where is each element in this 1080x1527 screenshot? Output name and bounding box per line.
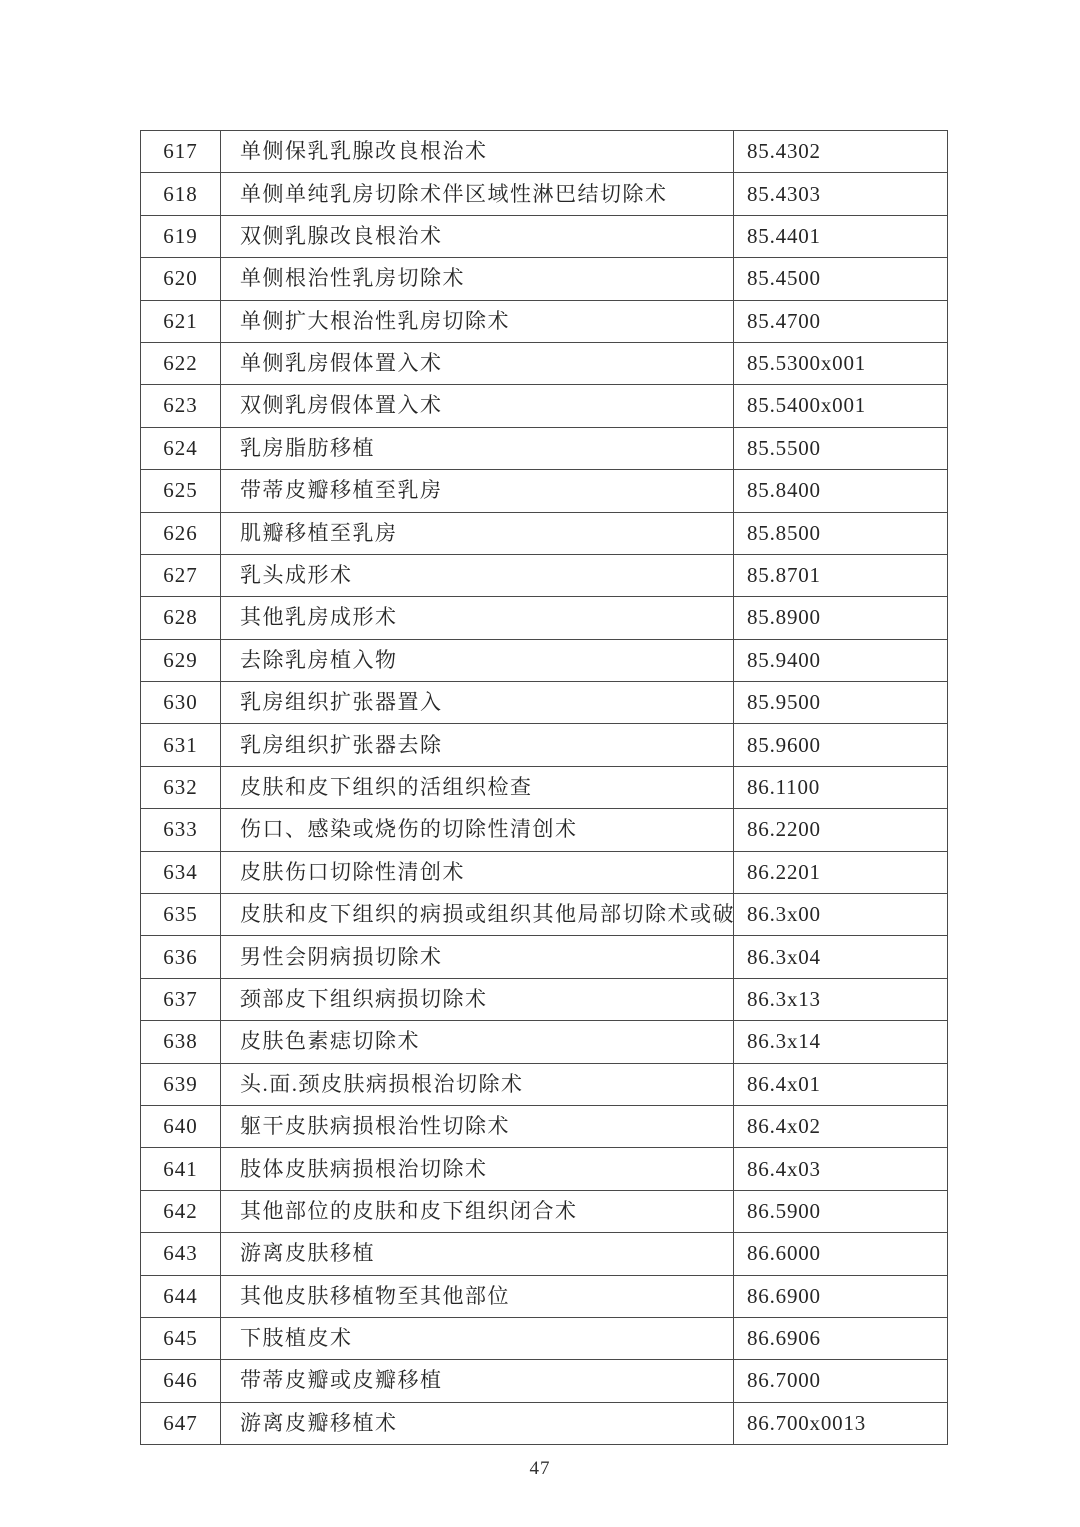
procedure-code-cell: 86.3x00 bbox=[734, 894, 948, 936]
procedure-name-cell: 单侧单纯乳房切除术伴区域性淋巴结切除术 bbox=[221, 173, 734, 215]
procedure-code-cell: 85.9500 bbox=[734, 682, 948, 724]
procedure-name-cell: 男性会阴病损切除术 bbox=[221, 936, 734, 978]
table-row: 635 皮肤和皮下组织的病损或组织其他局部切除术或破坏术 86.3x00 bbox=[141, 894, 948, 936]
procedure-code-cell: 85.4303 bbox=[734, 173, 948, 215]
procedure-code-table: 617 单侧保乳乳腺改良根治术 85.4302 618 单侧单纯乳房切除术伴区域… bbox=[140, 130, 948, 1445]
row-number-cell: 637 bbox=[141, 978, 221, 1020]
procedure-name-cell: 带蒂皮瓣移植至乳房 bbox=[221, 470, 734, 512]
row-number-cell: 623 bbox=[141, 385, 221, 427]
procedure-name-cell: 其他乳房成形术 bbox=[221, 597, 734, 639]
procedure-code-cell: 85.4700 bbox=[734, 300, 948, 342]
row-number-cell: 624 bbox=[141, 427, 221, 469]
procedure-name-cell: 其他部位的皮肤和皮下组织闭合术 bbox=[221, 1190, 734, 1232]
procedure-code-cell: 86.4x01 bbox=[734, 1063, 948, 1105]
procedure-name-cell: 双侧乳腺改良根治术 bbox=[221, 215, 734, 257]
procedure-code-cell: 85.9600 bbox=[734, 724, 948, 766]
procedure-code-cell: 86.4x02 bbox=[734, 1105, 948, 1147]
procedure-code-cell: 86.3x14 bbox=[734, 1021, 948, 1063]
row-number-cell: 646 bbox=[141, 1360, 221, 1402]
procedure-code-cell: 86.2200 bbox=[734, 809, 948, 851]
procedure-name-cell: 单侧保乳乳腺改良根治术 bbox=[221, 131, 734, 173]
table-row: 647 游离皮瓣移植术 86.700x0013 bbox=[141, 1402, 948, 1444]
procedure-name-cell: 皮肤伤口切除性清创术 bbox=[221, 851, 734, 893]
row-number-cell: 647 bbox=[141, 1402, 221, 1444]
procedure-name-cell: 单侧根治性乳房切除术 bbox=[221, 258, 734, 300]
procedure-code-cell: 86.6900 bbox=[734, 1275, 948, 1317]
page-number: 47 bbox=[0, 1458, 1080, 1480]
row-number-cell: 645 bbox=[141, 1317, 221, 1359]
table-row: 622 单侧乳房假体置入术 85.5300x001 bbox=[141, 342, 948, 384]
table-row: 621 单侧扩大根治性乳房切除术 85.4700 bbox=[141, 300, 948, 342]
procedure-code-cell: 85.5400x001 bbox=[734, 385, 948, 427]
row-number-cell: 638 bbox=[141, 1021, 221, 1063]
row-number-cell: 635 bbox=[141, 894, 221, 936]
row-number-cell: 620 bbox=[141, 258, 221, 300]
procedure-name-cell: 乳头成形术 bbox=[221, 554, 734, 596]
table-row: 636 男性会阴病损切除术 86.3x04 bbox=[141, 936, 948, 978]
table-row: 618 单侧单纯乳房切除术伴区域性淋巴结切除术 85.4303 bbox=[141, 173, 948, 215]
procedure-name-cell: 去除乳房植入物 bbox=[221, 639, 734, 681]
table-row: 631 乳房组织扩张器去除 85.9600 bbox=[141, 724, 948, 766]
procedure-name-cell: 颈部皮下组织病损切除术 bbox=[221, 978, 734, 1020]
table-row: 643 游离皮肤移植 86.6000 bbox=[141, 1233, 948, 1275]
row-number-cell: 633 bbox=[141, 809, 221, 851]
procedure-name-cell: 单侧乳房假体置入术 bbox=[221, 342, 734, 384]
procedure-code-cell: 85.5500 bbox=[734, 427, 948, 469]
table-row: 646 带蒂皮瓣或皮瓣移植 86.7000 bbox=[141, 1360, 948, 1402]
table-row: 633 伤口、感染或烧伤的切除性清创术 86.2200 bbox=[141, 809, 948, 851]
table-row: 630 乳房组织扩张器置入 85.9500 bbox=[141, 682, 948, 724]
table-row: 623 双侧乳房假体置入术 85.5400x001 bbox=[141, 385, 948, 427]
procedure-table-body: 617 单侧保乳乳腺改良根治术 85.4302 618 单侧单纯乳房切除术伴区域… bbox=[141, 131, 948, 1445]
procedure-name-cell: 双侧乳房假体置入术 bbox=[221, 385, 734, 427]
row-number-cell: 622 bbox=[141, 342, 221, 384]
procedure-name-cell: 肢体皮肤病损根治切除术 bbox=[221, 1148, 734, 1190]
row-number-cell: 643 bbox=[141, 1233, 221, 1275]
procedure-code-cell: 86.700x0013 bbox=[734, 1402, 948, 1444]
procedure-code-cell: 85.8400 bbox=[734, 470, 948, 512]
table-row: 644 其他皮肤移植物至其他部位 86.6900 bbox=[141, 1275, 948, 1317]
procedure-name-cell: 皮肤和皮下组织的病损或组织其他局部切除术或破坏术 bbox=[221, 894, 734, 936]
procedure-name-cell: 下肢植皮术 bbox=[221, 1317, 734, 1359]
row-number-cell: 627 bbox=[141, 554, 221, 596]
table-row: 629 去除乳房植入物 85.9400 bbox=[141, 639, 948, 681]
procedure-code-cell: 85.4401 bbox=[734, 215, 948, 257]
row-number-cell: 629 bbox=[141, 639, 221, 681]
table-row: 637 颈部皮下组织病损切除术 86.3x13 bbox=[141, 978, 948, 1020]
procedure-code-cell: 86.5900 bbox=[734, 1190, 948, 1232]
table-row: 645 下肢植皮术 86.6906 bbox=[141, 1317, 948, 1359]
procedure-code-cell: 86.2201 bbox=[734, 851, 948, 893]
procedure-name-cell: 伤口、感染或烧伤的切除性清创术 bbox=[221, 809, 734, 851]
procedure-code-cell: 85.4302 bbox=[734, 131, 948, 173]
row-number-cell: 617 bbox=[141, 131, 221, 173]
table-row: 620 单侧根治性乳房切除术 85.4500 bbox=[141, 258, 948, 300]
row-number-cell: 639 bbox=[141, 1063, 221, 1105]
procedure-name-cell: 单侧扩大根治性乳房切除术 bbox=[221, 300, 734, 342]
procedure-name-cell: 皮肤和皮下组织的活组织检查 bbox=[221, 766, 734, 808]
row-number-cell: 644 bbox=[141, 1275, 221, 1317]
row-number-cell: 625 bbox=[141, 470, 221, 512]
table-row: 617 单侧保乳乳腺改良根治术 85.4302 bbox=[141, 131, 948, 173]
table-row: 627 乳头成形术 85.8701 bbox=[141, 554, 948, 596]
procedure-code-cell: 86.4x03 bbox=[734, 1148, 948, 1190]
row-number-cell: 628 bbox=[141, 597, 221, 639]
procedure-name-cell: 肌瓣移植至乳房 bbox=[221, 512, 734, 554]
procedure-name-cell: 带蒂皮瓣或皮瓣移植 bbox=[221, 1360, 734, 1402]
row-number-cell: 618 bbox=[141, 173, 221, 215]
procedure-name-cell: 乳房组织扩张器去除 bbox=[221, 724, 734, 766]
procedure-code-cell: 86.6000 bbox=[734, 1233, 948, 1275]
row-number-cell: 636 bbox=[141, 936, 221, 978]
table-row: 634 皮肤伤口切除性清创术 86.2201 bbox=[141, 851, 948, 893]
table-row: 642 其他部位的皮肤和皮下组织闭合术 86.5900 bbox=[141, 1190, 948, 1232]
table-row: 640 躯干皮肤病损根治性切除术 86.4x02 bbox=[141, 1105, 948, 1147]
row-number-cell: 640 bbox=[141, 1105, 221, 1147]
procedure-code-cell: 85.8500 bbox=[734, 512, 948, 554]
procedure-code-cell: 85.4500 bbox=[734, 258, 948, 300]
procedure-name-cell: 游离皮肤移植 bbox=[221, 1233, 734, 1275]
row-number-cell: 632 bbox=[141, 766, 221, 808]
table-row: 619 双侧乳腺改良根治术 85.4401 bbox=[141, 215, 948, 257]
procedure-name-cell: 乳房组织扩张器置入 bbox=[221, 682, 734, 724]
table-row: 626 肌瓣移植至乳房 85.8500 bbox=[141, 512, 948, 554]
table-row: 639 头.面.颈皮肤病损根治切除术 86.4x01 bbox=[141, 1063, 948, 1105]
procedure-code-cell: 86.3x13 bbox=[734, 978, 948, 1020]
row-number-cell: 619 bbox=[141, 215, 221, 257]
table-row: 628 其他乳房成形术 85.8900 bbox=[141, 597, 948, 639]
procedure-code-cell: 86.7000 bbox=[734, 1360, 948, 1402]
procedure-code-cell: 85.8900 bbox=[734, 597, 948, 639]
procedure-name-cell: 躯干皮肤病损根治性切除术 bbox=[221, 1105, 734, 1147]
table-row: 625 带蒂皮瓣移植至乳房 85.8400 bbox=[141, 470, 948, 512]
document-page: 617 单侧保乳乳腺改良根治术 85.4302 618 单侧单纯乳房切除术伴区域… bbox=[0, 0, 1080, 1527]
row-number-cell: 626 bbox=[141, 512, 221, 554]
row-number-cell: 631 bbox=[141, 724, 221, 766]
procedure-code-cell: 86.1100 bbox=[734, 766, 948, 808]
row-number-cell: 621 bbox=[141, 300, 221, 342]
row-number-cell: 634 bbox=[141, 851, 221, 893]
row-number-cell: 642 bbox=[141, 1190, 221, 1232]
row-number-cell: 641 bbox=[141, 1148, 221, 1190]
procedure-name-cell: 头.面.颈皮肤病损根治切除术 bbox=[221, 1063, 734, 1105]
table-row: 638 皮肤色素痣切除术 86.3x14 bbox=[141, 1021, 948, 1063]
procedure-name-cell: 游离皮瓣移植术 bbox=[221, 1402, 734, 1444]
table-row: 632 皮肤和皮下组织的活组织检查 86.1100 bbox=[141, 766, 948, 808]
procedure-name-cell: 乳房脂肪移植 bbox=[221, 427, 734, 469]
procedure-code-cell: 86.3x04 bbox=[734, 936, 948, 978]
procedure-code-cell: 85.8701 bbox=[734, 554, 948, 596]
procedure-code-cell: 85.9400 bbox=[734, 639, 948, 681]
table-row: 624 乳房脂肪移植 85.5500 bbox=[141, 427, 948, 469]
procedure-code-cell: 86.6906 bbox=[734, 1317, 948, 1359]
procedure-code-cell: 85.5300x001 bbox=[734, 342, 948, 384]
procedure-name-cell: 其他皮肤移植物至其他部位 bbox=[221, 1275, 734, 1317]
row-number-cell: 630 bbox=[141, 682, 221, 724]
table-row: 641 肢体皮肤病损根治切除术 86.4x03 bbox=[141, 1148, 948, 1190]
procedure-name-cell: 皮肤色素痣切除术 bbox=[221, 1021, 734, 1063]
